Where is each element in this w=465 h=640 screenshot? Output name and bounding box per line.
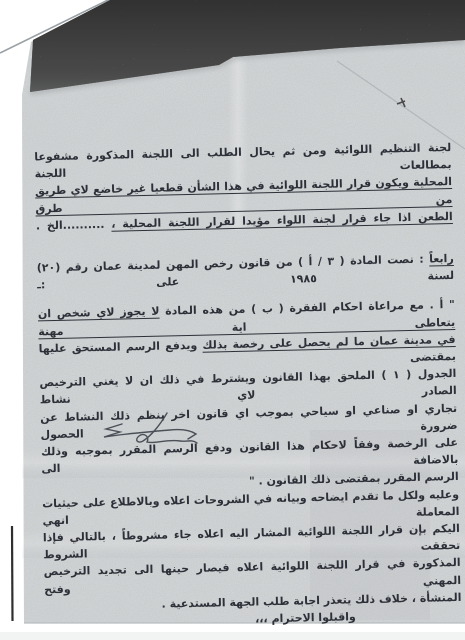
closing-text: واقبلوا الاحترام ،،،	[255, 610, 356, 625]
scanned-document: لجنة التنظيم اللوائية ومن ثم يحال الطلب …	[0, 0, 465, 640]
line-text-underlined: في مدينة عمان ما لم يحصل على رخصة بذلك	[202, 333, 455, 352]
conclusion-paragraph: وعليه ولكل ما تقدم ايضاحه وبيانه في الشر…	[42, 486, 462, 616]
article-quote-paragraph: " أ . مع مراعاة احكام الفقرة ( ب ) من هذ…	[38, 296, 459, 495]
text-line: رابعاً : نصت المادة ( ٣ / أ ) من قانون ر…	[37, 250, 455, 294]
line-text: " أ . مع مراعاة احكام الفقرة ( ب ) من هذ…	[159, 298, 455, 318]
clause-four-heading: رابعاً : نصت المادة ( ٣ / أ ) من قانون ر…	[37, 250, 455, 294]
intro-paragraph: لجنة التنظيم اللوائية ومن ثم يحال الطلب …	[34, 139, 453, 234]
line-text: ..........الخ .	[36, 218, 112, 233]
document-text: لجنة التنظيم اللوائية ومن ثم يحال الطلب …	[34, 139, 462, 633]
clause-term-underlined: رابعاً	[429, 252, 454, 266]
line-text: المنشأة ، خلاف ذلك يتعذر اجابة طلب الجهة…	[161, 591, 461, 611]
line-text: : نصت المادة ( ٣ / أ ) من قانون رخص المه…	[37, 253, 455, 292]
line-text: الرسم المقرر بمقتضى ذلك القانون . "	[249, 470, 459, 488]
scanner-bottom-strip	[0, 632, 465, 640]
left-edge-mark	[12, 526, 13, 621]
